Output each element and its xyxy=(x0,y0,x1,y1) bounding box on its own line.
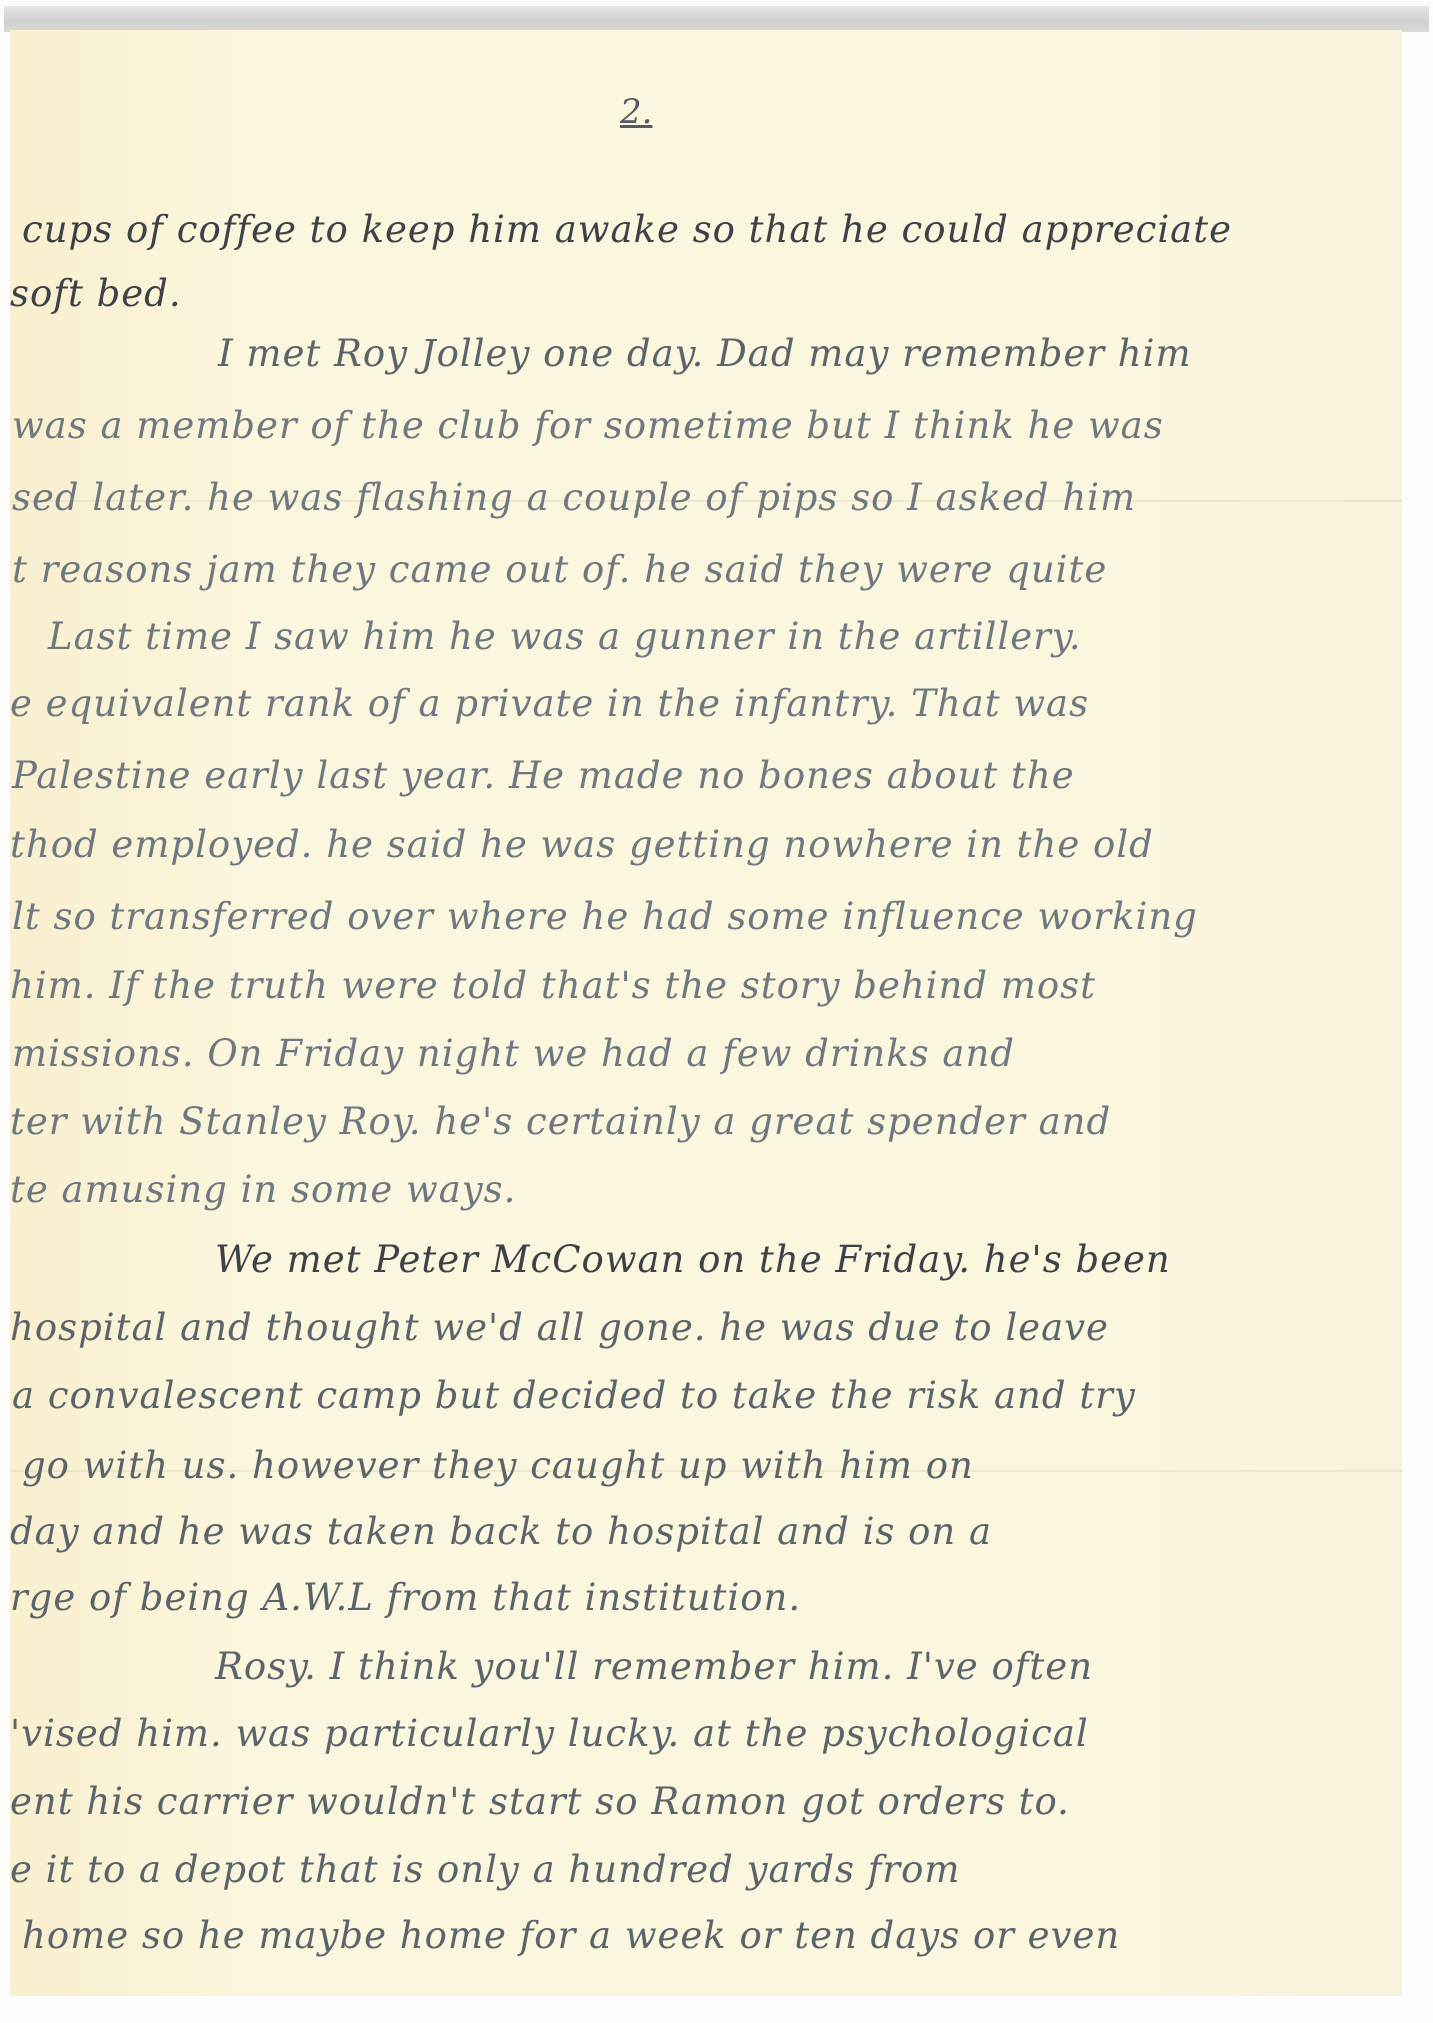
handwritten-line: Palestine early last year. He made no bo… xyxy=(12,754,1075,797)
page-number: 2. xyxy=(620,92,652,132)
handwritten-line: rge of being A.W.L from that institution… xyxy=(10,1576,801,1619)
handwritten-line: him. If the truth were told that's the s… xyxy=(10,964,1096,1007)
handwritten-line: ter with Stanley Roy. he's certainly a g… xyxy=(10,1100,1111,1143)
handwritten-line: a convalescent camp but decided to take … xyxy=(12,1374,1136,1417)
handwritten-line: soft bed. xyxy=(10,272,182,315)
handwritten-line: home so he maybe home for a week or ten … xyxy=(22,1914,1120,1957)
handwritten-line: thod employed. he said he was getting no… xyxy=(10,823,1154,866)
handwritten-line: t reasons jam they came out of. he said … xyxy=(12,548,1107,591)
handwritten-line: cups of coffee to keep him awake so that… xyxy=(22,208,1232,251)
handwritten-line: 'vised him. was particularly lucky. at t… xyxy=(10,1712,1089,1755)
handwritten-line: missions. On Friday night we had a few d… xyxy=(12,1032,1015,1075)
handwritten-line: go with us. however they caught up with … xyxy=(22,1444,974,1487)
handwritten-line: e it to a depot that is only a hundred y… xyxy=(10,1848,960,1891)
handwritten-line: was a member of the club for sometime bu… xyxy=(12,404,1164,447)
handwritten-line: We met Peter McCowan on the Friday. he's… xyxy=(215,1238,1171,1281)
handwritten-line: day and he was taken back to hospital an… xyxy=(10,1510,992,1553)
handwritten-line: sed later. he was flashing a couple of p… xyxy=(12,476,1136,519)
handwritten-line: e equivalent rank of a private in the in… xyxy=(10,682,1089,725)
handwritten-line: lt so transferred over where he had some… xyxy=(12,895,1198,938)
handwritten-line: te amusing in some ways. xyxy=(10,1168,516,1211)
scanner-edge xyxy=(4,6,1429,32)
handwritten-line: I met Roy Jolley one day. Dad may rememb… xyxy=(218,332,1192,375)
handwritten-line: ent his carrier wouldn't start so Ramon … xyxy=(10,1780,1070,1823)
handwritten-line: Last time I saw him he was a gunner in t… xyxy=(48,615,1082,658)
handwritten-line: hospital and thought we'd all gone. he w… xyxy=(10,1306,1109,1349)
handwritten-line: Rosy. I think you'll remember him. I've … xyxy=(215,1645,1093,1688)
letter-page xyxy=(10,30,1402,1996)
